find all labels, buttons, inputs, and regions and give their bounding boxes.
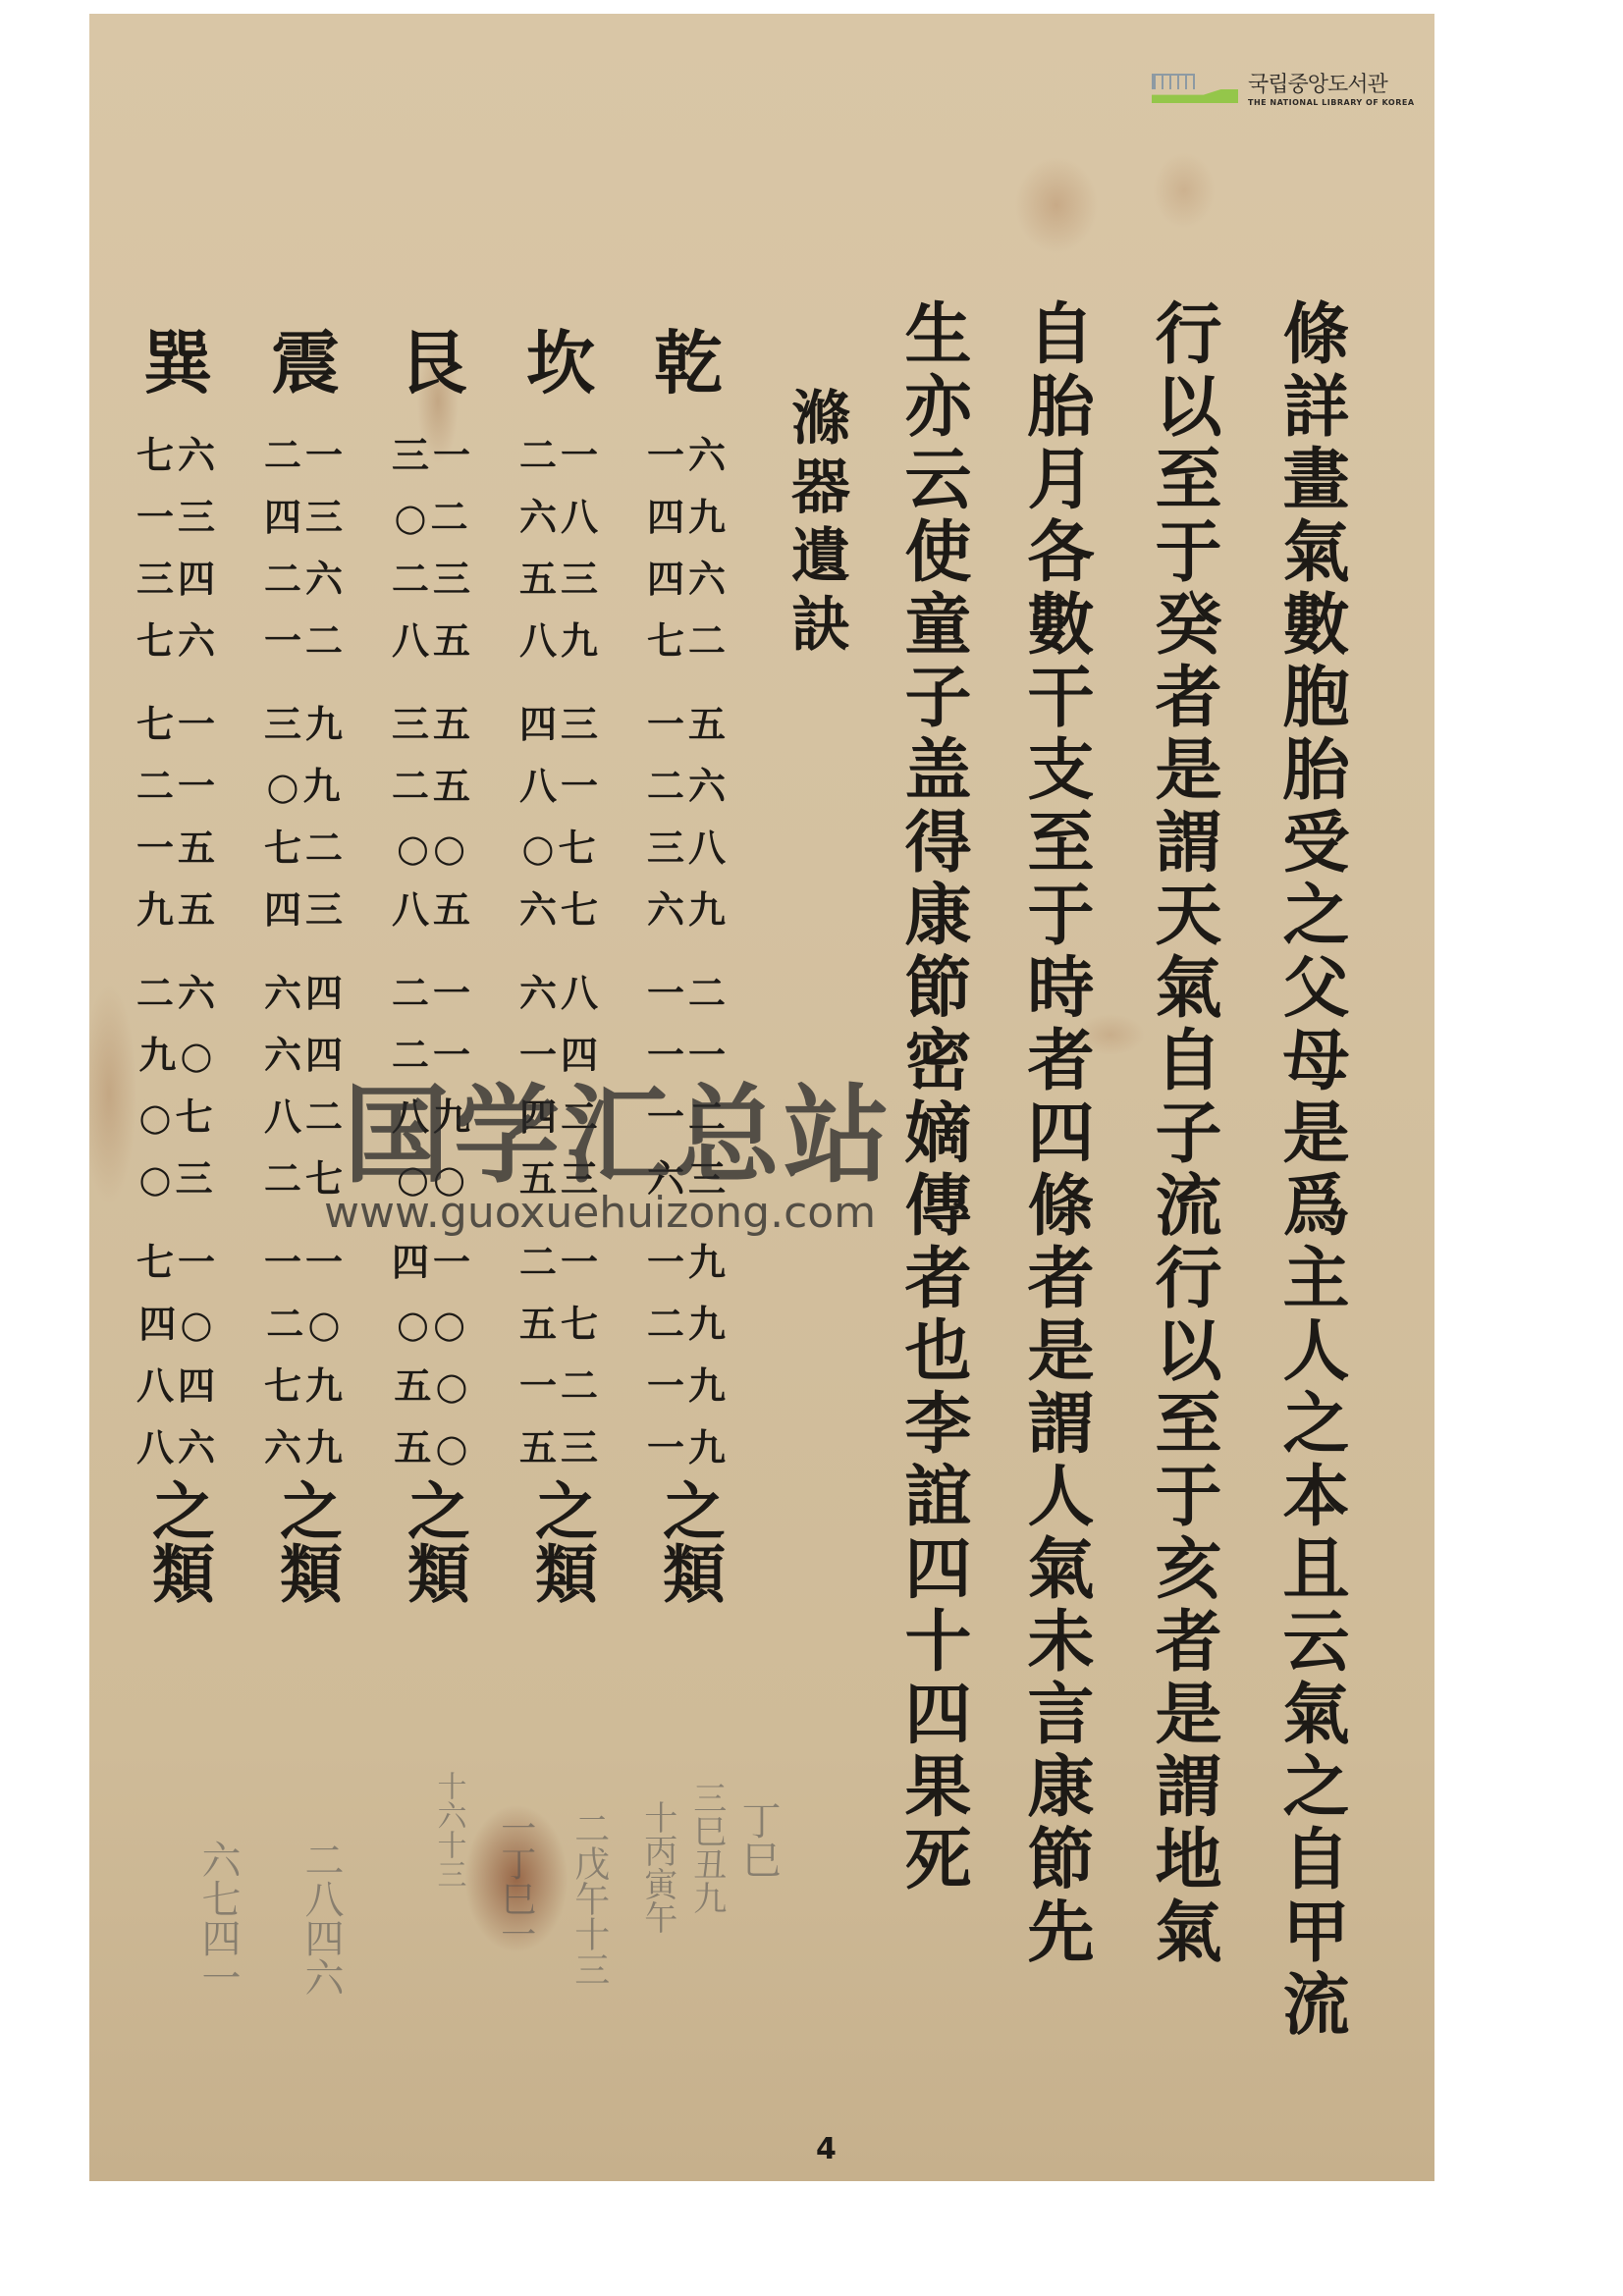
number-row: 五三 (497, 548, 624, 610)
number-row: 三一 (369, 424, 497, 486)
number-row: 七六 (114, 424, 242, 486)
trigram-column-kan: 坎 二一 六八 五三 八九 四三 八一 ○七 六七 六八 一四 四二 五三 二一… (497, 308, 624, 1604)
number-row: 九○ (114, 1024, 242, 1086)
number-row: 三九 (242, 693, 369, 755)
trigram-name: 艮 (369, 308, 497, 402)
number-row: 八六 (114, 1416, 242, 1478)
number-group: 一五 二六 三八 六九 (624, 693, 752, 940)
number-row: 八五 (369, 610, 497, 671)
number-row: 八九 (497, 610, 624, 671)
number-row: 二○ (242, 1293, 369, 1355)
number-row: 一五 (114, 817, 242, 879)
column-suffix: 之類 (394, 1478, 472, 1604)
pencil-annotation: 二八四六 (300, 1840, 342, 1997)
pencil-annotation: 丁巳 (737, 1800, 779, 1879)
number-row: 一二 (624, 962, 752, 1024)
number-row: 二九 (624, 1293, 752, 1355)
trigram-name: 乾 (624, 308, 752, 402)
number-row: 二三 (369, 548, 497, 610)
number-row: 一一 (242, 1231, 369, 1293)
number-row: 六八 (497, 962, 624, 1024)
number-row: 九五 (114, 879, 242, 940)
pencil-annotation: 十六十三 (433, 1771, 464, 1889)
number-group: 三一 ○二 二三 八五 (369, 424, 497, 671)
number-row: ○三 (114, 1148, 242, 1209)
number-group: 二一 四三 二六 一二 (242, 424, 369, 671)
number-row: 四三 (242, 486, 369, 548)
column-suffix: 之類 (138, 1478, 217, 1604)
number-row: 二一 (497, 424, 624, 486)
number-row: 七六 (114, 610, 242, 671)
number-row: 四三 (497, 693, 624, 755)
prose-column-3: 自胎月各數干支至于時者四條者是謂人氣未言康節先 (1022, 298, 1089, 1969)
column-suffix: 之類 (649, 1478, 728, 1604)
trigram-column-xun: 巽 七六 一三 三四 七六 七一 二一 一五 九五 二六 九○ ○七 ○三 七一… (114, 308, 242, 1604)
section-heading: 滌器遺訣 (786, 387, 845, 662)
trigram-name: 震 (242, 308, 369, 402)
prose-column-1: 條詳畫氣數胞胎受之父母是爲主人之本且云氣之自甲流 (1277, 298, 1344, 2042)
number-row: 四○ (114, 1293, 242, 1355)
page-number: 4 (816, 2132, 837, 2166)
number-row: ○七 (114, 1086, 242, 1148)
number-group: 一九 二九 一九 一九 (624, 1231, 752, 1478)
number-group: 一六 四九 四六 七二 (624, 424, 752, 671)
number-row: 五七 (497, 1293, 624, 1355)
number-row: ○九 (242, 755, 369, 817)
number-row: ○○ (369, 817, 497, 879)
number-row: 五○ (369, 1416, 497, 1478)
number-row: 六七 (497, 879, 624, 940)
watermark-url: www.guoxuehuizong.com (324, 1188, 876, 1238)
number-group: 三五 二五 ○○ 八五 (369, 693, 497, 940)
number-row: 二一 (242, 424, 369, 486)
number-row: 八一 (497, 755, 624, 817)
number-row: 一五 (624, 693, 752, 755)
column-suffix: 之類 (521, 1478, 600, 1604)
pencil-annotation: 二戊午十三 (570, 1810, 608, 1987)
number-row: 七九 (242, 1355, 369, 1416)
number-group: 二一 五七 一二 五三 (497, 1231, 624, 1478)
number-group: 二六 九○ ○七 ○三 (114, 962, 242, 1209)
number-row: 二六 (114, 962, 242, 1024)
number-row: 二一 (114, 755, 242, 817)
column-suffix: 之類 (266, 1478, 345, 1604)
number-group: 七六 一三 三四 七六 (114, 424, 242, 671)
number-group: 一一 二○ 七九 六九 (242, 1231, 369, 1478)
number-row: 五○ (369, 1355, 497, 1416)
number-row: 六八 (497, 486, 624, 548)
pencil-annotation: 六七四一 (197, 1840, 239, 1997)
number-row: 一九 (624, 1355, 752, 1416)
number-row: 二五 (369, 755, 497, 817)
pencil-annotation: 十丙寅午 (639, 1800, 675, 1934)
prose-column-2: 行以至于癸者是謂天氣自子流行以至于亥者是謂地氣 (1150, 298, 1217, 1969)
number-row: 四一 (369, 1231, 497, 1293)
trigram-name: 巽 (114, 308, 242, 402)
number-row: 六九 (624, 879, 752, 940)
number-row: 五三 (497, 1416, 624, 1478)
number-group: 四一 ○○ 五○ 五○ (369, 1231, 497, 1478)
number-row: 四九 (624, 486, 752, 548)
number-row: 二一 (369, 962, 497, 1024)
number-row: 七一 (114, 1231, 242, 1293)
number-row: 七二 (242, 817, 369, 879)
number-row: 三八 (624, 817, 752, 879)
trigram-column-zhen: 震 二一 四三 二六 一二 三九 ○九 七二 四三 六四 六四 八二 二七 一一… (242, 308, 369, 1604)
number-row: 一六 (624, 424, 752, 486)
trigram-name: 坎 (497, 308, 624, 402)
number-group: 七一 二一 一五 九五 (114, 693, 242, 940)
number-group: 七一 四○ 八四 八六 (114, 1231, 242, 1478)
watermark-text: 国学汇总站 (344, 1050, 893, 1202)
library-name-english: THE NATIONAL LIBRARY OF KOREA (1248, 98, 1415, 107)
number-row: ○○ (369, 1293, 497, 1355)
number-row: 二一 (497, 1231, 624, 1293)
number-row: 八四 (114, 1355, 242, 1416)
prose-column-4: 生亦云使童子盖得康節密嫡傳者也李誼四十四果死 (899, 298, 966, 1896)
number-row: 二六 (242, 548, 369, 610)
number-row: ○二 (369, 486, 497, 548)
number-row: 一九 (624, 1231, 752, 1293)
number-row: 三四 (114, 548, 242, 610)
number-row: 八五 (369, 879, 497, 940)
pencil-annotation: 一丁巳一 (497, 1810, 534, 1951)
number-group: 四三 八一 ○七 六七 (497, 693, 624, 940)
number-row: 四六 (624, 548, 752, 610)
number-row: 一二 (242, 610, 369, 671)
pencil-annotation: 三巳丑九 (688, 1781, 724, 1914)
library-name-korean: 국립중앙도서관 (1248, 68, 1415, 98)
number-row: 六九 (242, 1416, 369, 1478)
number-group: 三九 ○九 七二 四三 (242, 693, 369, 940)
trigram-column-qian: 乾 一六 四九 四六 七二 一五 二六 三八 六九 一二 一一 一二 六三 一九… (624, 308, 752, 1604)
number-group: 二一 六八 五三 八九 (497, 424, 624, 671)
trigram-column-gen: 艮 三一 ○二 二三 八五 三五 二五 ○○ 八五 二一 二一 八九 ○○ 四一… (369, 308, 497, 1604)
number-row: ○七 (497, 817, 624, 879)
number-row: 六四 (242, 962, 369, 1024)
library-emblem-icon (1140, 68, 1238, 107)
number-row: 一九 (624, 1416, 752, 1478)
number-row: 一二 (497, 1355, 624, 1416)
number-row: 七二 (624, 610, 752, 671)
number-row: 四三 (242, 879, 369, 940)
number-row: 一三 (114, 486, 242, 548)
number-row: 七一 (114, 693, 242, 755)
number-row: 二六 (624, 755, 752, 817)
number-row: 三五 (369, 693, 497, 755)
library-logo: 국립중앙도서관 THE NATIONAL LIBRARY OF KOREA (1140, 53, 1434, 122)
